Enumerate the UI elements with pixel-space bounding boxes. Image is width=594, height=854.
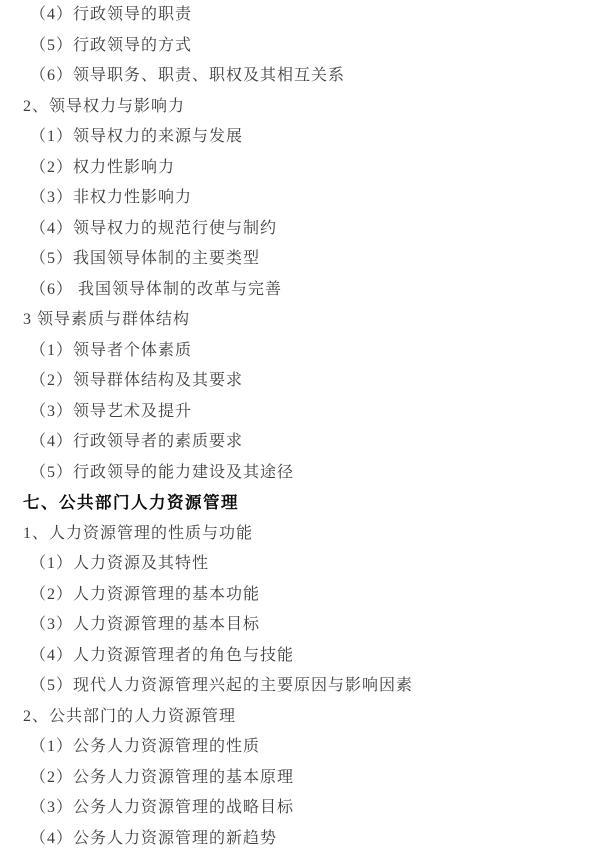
outline-item: （4）公务人力资源管理的新趋势 <box>0 824 594 854</box>
outline-section: 3 领导素质与群体结构 <box>0 305 594 336</box>
outline-item: （5）行政领导的能力建设及其途径 <box>0 458 594 489</box>
outline-item: （6）领导职务、职责、职权及其相互关系 <box>0 61 594 92</box>
outline-item: （4）人力资源管理者的角色与技能 <box>0 641 594 672</box>
outline-item: （3）人力资源管理的基本目标 <box>0 610 594 641</box>
outline-item: （1）领导者个体素质 <box>0 336 594 367</box>
chapter-heading: 七、公共部门人力资源管理 <box>0 488 594 519</box>
outline-item: （5）现代人力资源管理兴起的主要原因与影响因素 <box>0 671 594 702</box>
document-page: （4）行政领导的职责 （5）行政领导的方式 （6）领导职务、职责、职权及其相互关… <box>0 0 594 854</box>
outline-item: （4）行政领导的职责 <box>0 0 594 31</box>
outline-item: （3）非权力性影响力 <box>0 183 594 214</box>
outline-section: 1、人力资源管理的性质与功能 <box>0 519 594 550</box>
outline-item: （3）公务人力资源管理的战略目标 <box>0 793 594 824</box>
outline-section: 2、领导权力与影响力 <box>0 92 594 123</box>
outline-item: （3）领导艺术及提升 <box>0 397 594 428</box>
outline-item: （2）人力资源管理的基本功能 <box>0 580 594 611</box>
outline-item: （4）行政领导者的素质要求 <box>0 427 594 458</box>
outline-item: （4）领导权力的规范行使与制约 <box>0 214 594 245</box>
outline-item: （2）领导群体结构及其要求 <box>0 366 594 397</box>
outline-item: （6） 我国领导体制的改革与完善 <box>0 275 594 306</box>
outline-section: 2、公共部门的人力资源管理 <box>0 702 594 733</box>
outline-item: （2）权力性影响力 <box>0 153 594 184</box>
outline-item: （5）我国领导体制的主要类型 <box>0 244 594 275</box>
outline-item: （5）行政领导的方式 <box>0 31 594 62</box>
outline-item: （1）人力资源及其特性 <box>0 549 594 580</box>
outline-item: （1）公务人力资源管理的性质 <box>0 732 594 763</box>
outline-item: （1）领导权力的来源与发展 <box>0 122 594 153</box>
outline-item: （2）公务人力资源管理的基本原理 <box>0 763 594 794</box>
